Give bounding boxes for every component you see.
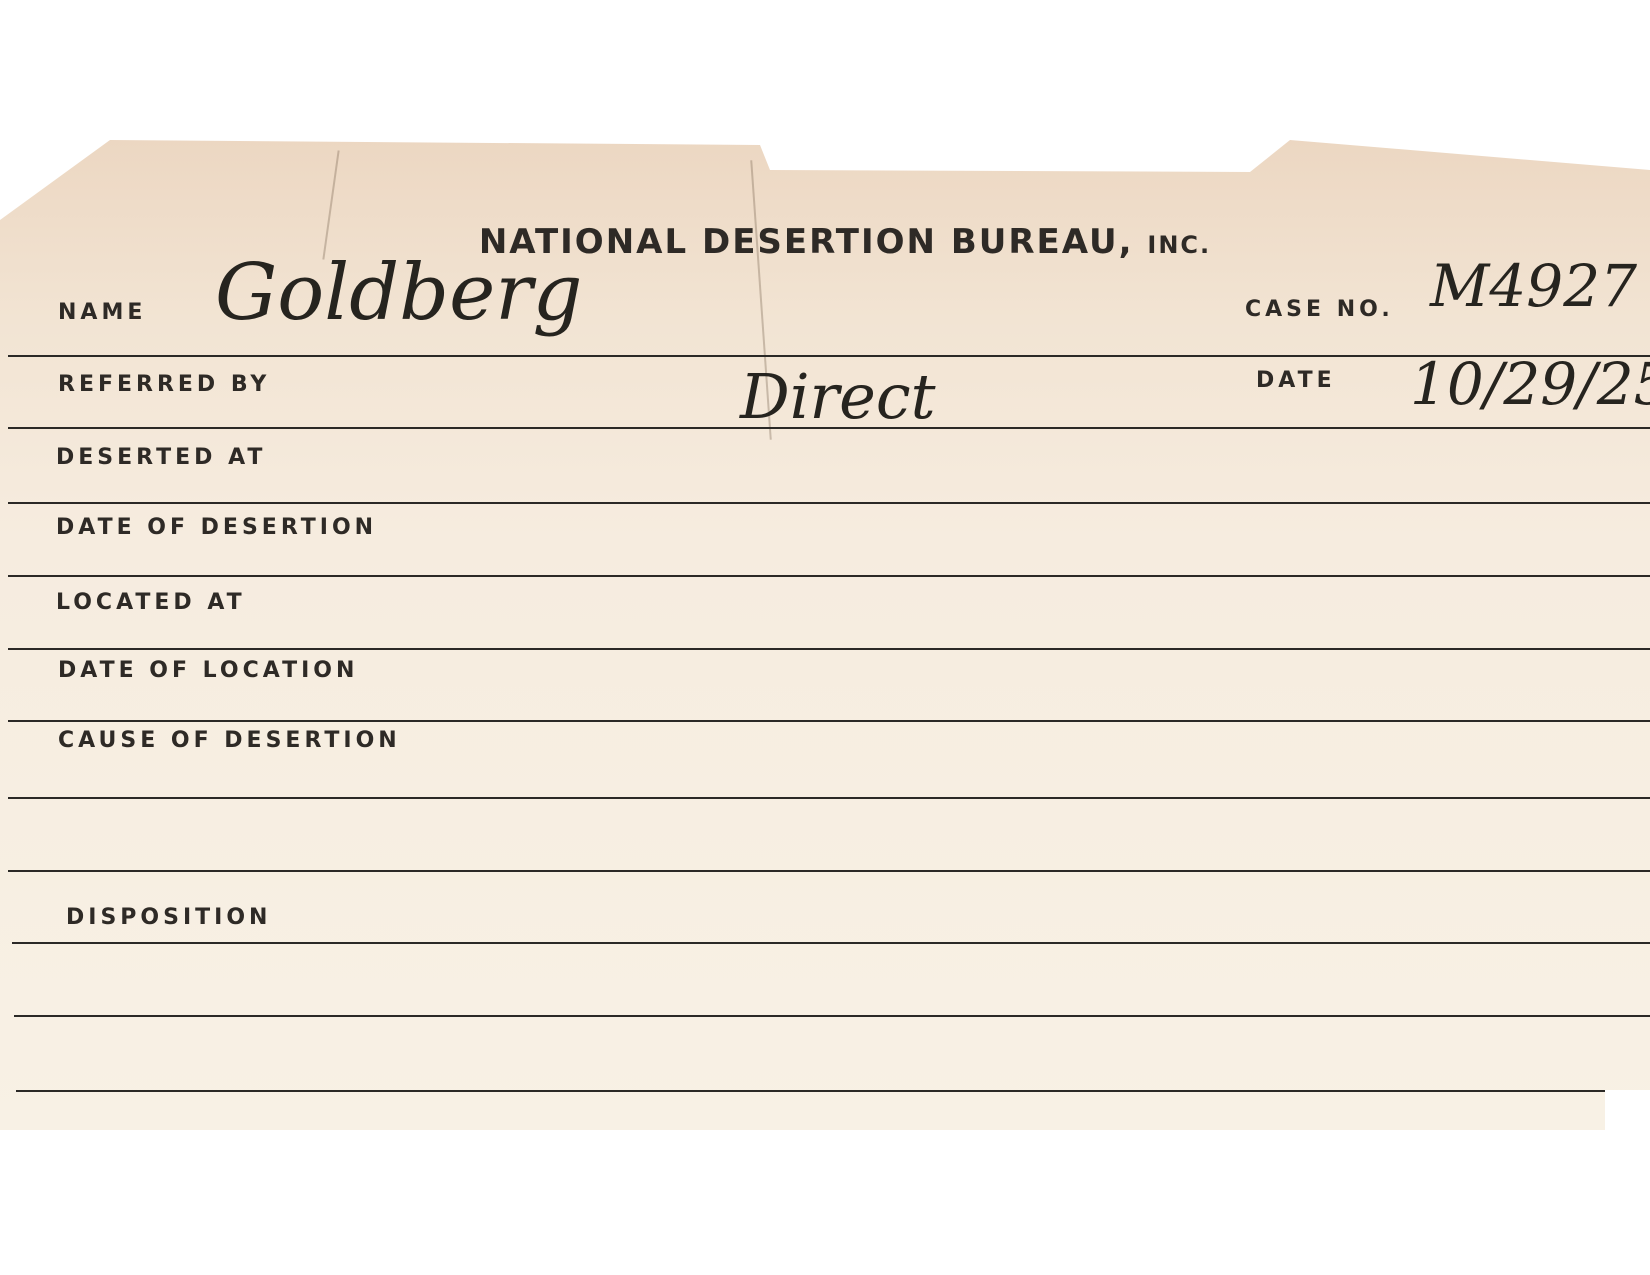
name-label: NAME: [58, 300, 146, 325]
case-no-label: CASE NO.: [1245, 297, 1394, 322]
date-of-desertion-label: DATE OF DESERTION: [56, 515, 377, 540]
name-value[interactable]: Goldberg: [215, 248, 582, 338]
disposition-label: DISPOSITION: [66, 905, 271, 930]
referred-by-value[interactable]: Direct: [740, 360, 936, 433]
located-at-rule[interactable]: [8, 648, 1650, 650]
cause-of-desertion-label: CAUSE OF DESERTION: [58, 728, 401, 753]
deserted-at-rule[interactable]: [8, 502, 1650, 504]
cause-of-desertion-rule[interactable]: [8, 797, 1650, 799]
date-label: DATE: [1256, 368, 1336, 393]
date-of-desertion-rule[interactable]: [8, 575, 1650, 577]
case-no-value[interactable]: M4927: [1430, 252, 1637, 320]
date-of-location-rule[interactable]: [8, 720, 1650, 722]
disposition-rule-2[interactable]: [14, 1015, 1650, 1017]
date-of-location-label: DATE OF LOCATION: [58, 658, 358, 683]
date-value[interactable]: 10/29/25: [1410, 350, 1650, 418]
referred-by-label: REFERRED BY: [58, 372, 270, 397]
deserted-at-label: DESERTED AT: [56, 445, 266, 470]
cause-of-desertion-rule-2[interactable]: [8, 870, 1650, 872]
disposition-rule-3[interactable]: [16, 1090, 1650, 1092]
located-at-label: LOCATED AT: [56, 590, 246, 615]
referred-by-rule: [8, 427, 1650, 429]
desertion-record-card: NATIONAL DESERTION BUREAU, INC. NAME Gol…: [0, 140, 1650, 1130]
title-suffix: INC.: [1147, 231, 1211, 259]
name-rule: [8, 355, 1650, 357]
disposition-rule[interactable]: [12, 942, 1650, 944]
